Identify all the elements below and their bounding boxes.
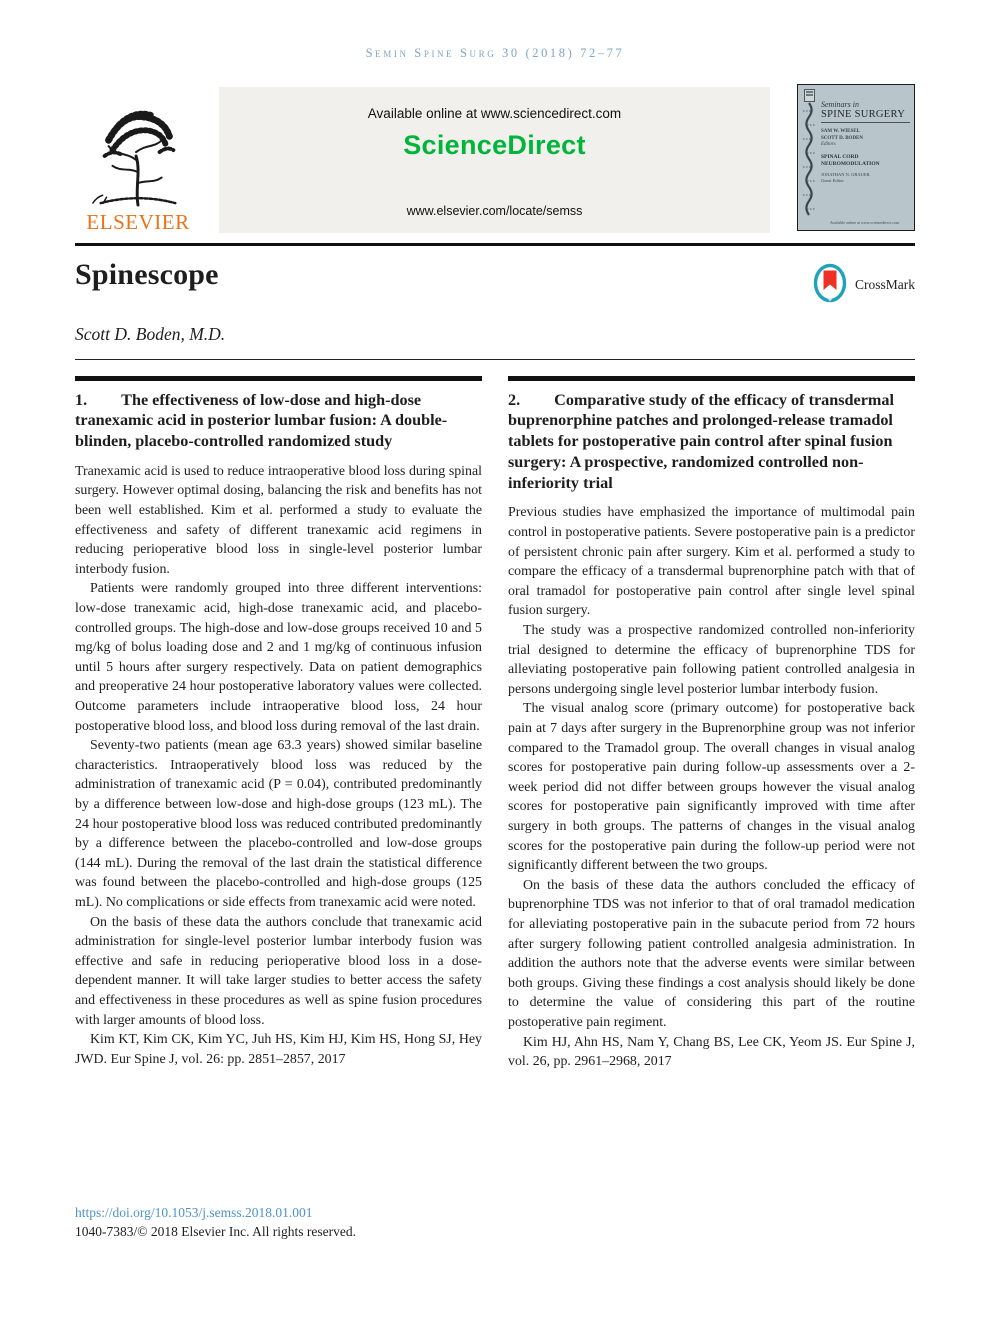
paragraph: The visual analog score (primary outcome…	[508, 699, 915, 875]
paragraph: On the basis of these data the authors c…	[508, 876, 915, 1033]
cover-guest-editor: JONATHAN N. GRAUER Guest Editor	[821, 172, 910, 184]
spine-illustration-icon	[799, 101, 819, 230]
availability-box: Available online at www.sciencedirect.co…	[219, 87, 770, 233]
paragraph: Previous studies have emphasized the imp…	[508, 503, 915, 621]
title-row: Spinescope CrossMark	[75, 258, 915, 309]
doi-link[interactable]: https://doi.org/10.1053/j.semss.2018.01.…	[75, 1203, 356, 1222]
journal-page: Semin Spine Surg 30 (2018) 72–77	[0, 0, 990, 1320]
crossmark-badge[interactable]: CrossMark	[811, 262, 915, 309]
section-2-bar	[508, 376, 915, 381]
section-2-heading-text: Comparative study of the efficacy of tra…	[508, 391, 894, 492]
cover-title: SPINE SURGERY	[821, 109, 910, 123]
elsevier-wordmark: ELSEVIER	[86, 211, 189, 233]
locate-url: www.elsevier.com/locate/semss	[407, 204, 583, 218]
article-columns: 1.The effectiveness of low-dose and high…	[75, 376, 915, 1072]
cover-bottom-line: Available online at www.sciencedirect.co…	[818, 220, 911, 225]
section-1-bar	[75, 376, 482, 381]
cover-guest-line-2: Guest Editor	[821, 178, 910, 184]
paragraph: Tranexamic acid is used to reduce intrao…	[75, 462, 482, 580]
footer: https://doi.org/10.1053/j.semss.2018.01.…	[75, 1203, 356, 1241]
section-1-heading-text: The effectiveness of low-dose and high-d…	[75, 391, 447, 451]
cover-editors-label: Editors	[821, 142, 910, 149]
cover-editors: SAM W. WIESEL SCOTT D. BODEN Editors	[821, 129, 910, 149]
section-1-heading: 1.The effectiveness of low-dose and high…	[75, 390, 482, 452]
paragraph: Patients were randomly grouped into thre…	[75, 579, 482, 736]
crossmark-icon	[811, 262, 851, 309]
cover-issue-line-2: NEUROMODULATION	[821, 161, 910, 168]
section-2-heading: 2.Comparative study of the efficacy of t…	[508, 390, 915, 494]
section-2-citation: Kim HJ, Ahn HS, Nam Y, Chang BS, Lee CK,…	[508, 1033, 915, 1072]
paragraph: On the basis of these data the authors c…	[75, 913, 482, 1031]
copyright-text: 1040-7383/© 2018 Elsevier Inc. All right…	[75, 1222, 356, 1241]
cover-series: Seminars in	[821, 100, 910, 109]
cover-issue-title: SPINAL CORD NEUROMODULATION	[821, 154, 910, 168]
cover-text-block: Seminars in SPINE SURGERY SAM W. WIESEL …	[821, 100, 910, 184]
masthead-divider	[75, 243, 915, 246]
section-2-body: Previous studies have emphasized the imp…	[508, 503, 915, 1071]
crossmark-label: CrossMark	[855, 277, 915, 293]
journal-reference: Semin Spine Surg 30 (2018) 72–77	[75, 46, 915, 61]
masthead: ELSEVIER Available online at www.science…	[75, 87, 915, 233]
section-1-citation: Kim KT, Kim CK, Kim YC, Juh HS, Kim HJ, …	[75, 1030, 482, 1069]
page-title: Spinescope	[75, 258, 219, 292]
section-1-body: Tranexamic acid is used to reduce intrao…	[75, 462, 482, 1069]
section-1-number: 1.	[75, 391, 87, 409]
elsevier-logo-block: ELSEVIER	[75, 87, 201, 233]
paragraph: The study was a prospective randomized c…	[508, 621, 915, 699]
journal-cover-thumbnail: Seminars in SPINE SURGERY SAM W. WIESEL …	[797, 84, 915, 231]
cover-issue-line-1: SPINAL CORD	[821, 154, 910, 161]
elsevier-tree-icon	[83, 101, 193, 209]
author-name: Scott D. Boden, M.D.	[75, 324, 915, 345]
column-left: 1.The effectiveness of low-dose and high…	[75, 376, 482, 1072]
column-right: 2.Comparative study of the efficacy of t…	[508, 376, 915, 1072]
available-online-text: Available online at www.sciencedirect.co…	[368, 106, 621, 121]
author-divider	[75, 359, 915, 361]
section-2-number: 2.	[508, 391, 520, 409]
sciencedirect-logo[interactable]: ScienceDirect	[403, 130, 586, 161]
paragraph: Seventy-two patients (mean age 63.3 year…	[75, 736, 482, 912]
